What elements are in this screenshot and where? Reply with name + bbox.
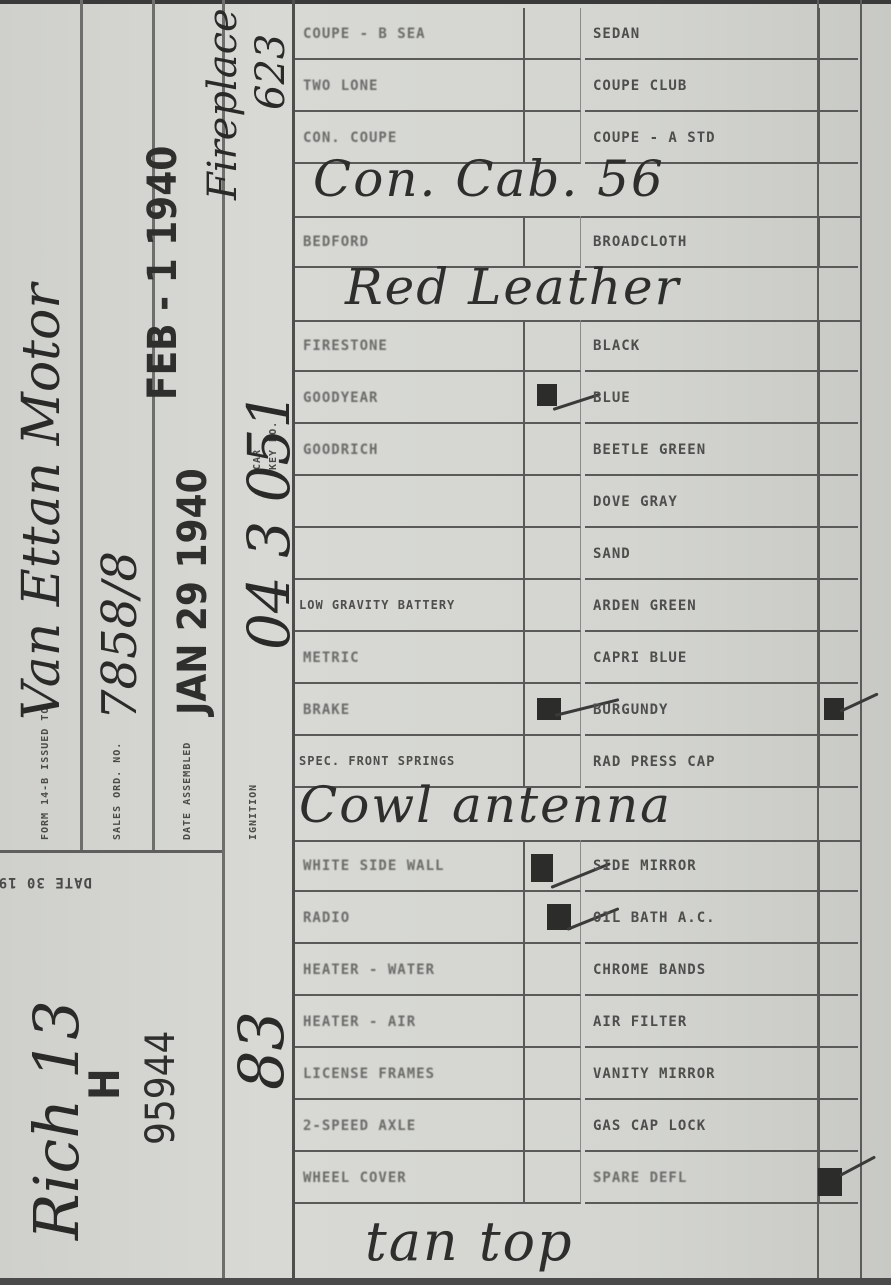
option-checkbox[interactable]	[525, 632, 581, 684]
option-label: COUPE - A STD	[593, 130, 716, 146]
option-label: VANITY MIRROR	[593, 1066, 716, 1082]
option-checkbox[interactable]	[820, 1100, 858, 1152]
option-row: TWO LONE COUPE CLUB	[295, 60, 860, 112]
check-mark-icon	[537, 384, 557, 406]
build-sheet-card: FORM 14-B ISSUED TO SALES ORD. NO. DATE …	[0, 0, 891, 1285]
option-label: AIR FILTER	[593, 1014, 687, 1030]
option-label: CHROME BANDS	[593, 962, 706, 978]
option-checkbox[interactable]	[525, 1048, 581, 1100]
option-checkbox[interactable]	[820, 944, 858, 996]
check-mark-icon	[818, 1168, 842, 1196]
option-checkbox[interactable]	[525, 1100, 581, 1152]
top-note-number: 623	[248, 34, 294, 110]
column-divider	[80, 0, 83, 850]
option-label: DOVE GRAY	[593, 494, 678, 510]
option-label: HEATER - AIR	[303, 1014, 416, 1030]
handwritten-row: Con. Cab. 56	[295, 164, 860, 218]
column-divider	[152, 0, 155, 850]
option-row: METRIC CAPRI BLUE	[295, 632, 860, 684]
grid-right-border	[860, 0, 862, 1278]
ignition-label: IGNITION	[248, 784, 259, 840]
option-checkbox[interactable]	[525, 60, 581, 112]
option-checkbox[interactable]	[820, 8, 858, 60]
option-label: COUPE - B SEA	[303, 26, 426, 42]
option-row: DOVE GRAY	[295, 476, 860, 528]
option-checkbox[interactable]	[525, 944, 581, 996]
option-label: LOW GRAVITY BATTERY	[299, 598, 455, 612]
option-row: 2-SPEED AXLE GAS CAP LOCK	[295, 1100, 860, 1152]
option-label: BRAKE	[303, 702, 350, 718]
option-label: BLACK	[593, 338, 640, 354]
option-row: COUPE - B SEA SEDAN	[295, 8, 860, 60]
option-label: BEETLE GREEN	[593, 442, 706, 458]
option-label: BROADCLOTH	[593, 234, 687, 250]
handwritten-row: Red Leather	[295, 268, 860, 322]
option-label: GOODRICH	[303, 442, 378, 458]
option-checkbox[interactable]	[525, 320, 581, 372]
option-checkbox[interactable]	[820, 632, 858, 684]
option-checkbox-checked[interactable]	[525, 892, 581, 944]
option-checkbox-checked[interactable]	[820, 1152, 858, 1204]
option-label: SEDAN	[593, 26, 640, 42]
serial-number-stamp: 95944	[138, 1031, 184, 1145]
option-row: GOODRICH BEETLE GREEN	[295, 424, 860, 476]
option-row: SAND	[295, 528, 860, 580]
option-row: HEATER - AIR AIR FILTER	[295, 996, 860, 1048]
option-checkbox[interactable]	[525, 996, 581, 1048]
option-row: BRAKE BURGUNDY	[295, 684, 860, 736]
handwritten-row: tan top	[295, 1204, 860, 1278]
bottom-edge	[0, 1278, 891, 1285]
option-label: RADIO	[303, 910, 350, 926]
date-assembled-label: DATE ASSEMBLED	[182, 742, 193, 840]
option-checkbox[interactable]	[525, 424, 581, 476]
shipped-date-stamp: FEB - 1 1940	[140, 146, 186, 400]
model-code-stamp: H	[80, 1068, 129, 1100]
option-label: GAS CAP LOCK	[593, 1118, 706, 1134]
option-checkbox[interactable]	[820, 996, 858, 1048]
option-checkbox[interactable]	[525, 476, 581, 528]
option-label: FIRESTONE	[303, 338, 388, 354]
key-number-value: 04 3 051	[235, 392, 303, 650]
handwritten-body-note: Con. Cab. 56	[313, 150, 665, 208]
option-row: FIRESTONE BLACK	[295, 320, 860, 372]
option-checkbox[interactable]	[820, 1048, 858, 1100]
option-row: WHITE SIDE WALL SIDE MIRROR	[295, 840, 860, 892]
option-checkbox[interactable]	[525, 1152, 581, 1204]
option-checkbox[interactable]	[525, 580, 581, 632]
handwritten-number: 83	[225, 1011, 298, 1090]
option-checkbox[interactable]	[820, 580, 858, 632]
option-checkbox[interactable]	[820, 216, 858, 268]
option-checkbox[interactable]	[820, 736, 858, 788]
option-checkbox[interactable]	[820, 424, 858, 476]
option-label: 2-SPEED AXLE	[303, 1118, 416, 1134]
option-checkbox[interactable]	[820, 528, 858, 580]
check-mark-icon	[531, 854, 553, 882]
option-label: CAPRI BLUE	[593, 650, 687, 666]
option-row: WHEEL COVER SPARE DEFL	[295, 1152, 860, 1204]
option-row: HEATER - WATER CHROME BANDS	[295, 944, 860, 996]
option-label: OIL BATH A.C.	[593, 910, 716, 926]
issued-to-value: Van Ettan Motor	[12, 284, 72, 720]
option-checkbox[interactable]	[820, 840, 858, 892]
option-checkbox[interactable]	[525, 8, 581, 60]
option-label: COUPE CLUB	[593, 78, 687, 94]
check-tick-icon	[839, 1155, 876, 1176]
option-checkbox[interactable]	[820, 476, 858, 528]
option-label: GOODYEAR	[303, 390, 378, 406]
option-label: SAND	[593, 546, 631, 562]
option-label: SPEC. FRONT SPRINGS	[299, 754, 455, 768]
option-checkbox-checked[interactable]	[525, 840, 581, 892]
option-row: RADIO OIL BATH A.C.	[295, 892, 860, 944]
option-label: SIDE MIRROR	[593, 858, 697, 874]
option-label: HEATER - WATER	[303, 962, 435, 978]
option-label: WHITE SIDE WALL	[303, 858, 444, 874]
option-checkbox[interactable]	[525, 528, 581, 580]
option-checkbox-checked[interactable]	[525, 684, 581, 736]
top-note-fireplace: Fireplace	[200, 8, 246, 200]
option-label: ARDEN GREEN	[593, 598, 697, 614]
option-label: TWO LONE	[303, 78, 378, 94]
option-checkbox-checked[interactable]	[820, 684, 858, 736]
option-checkbox[interactable]	[820, 112, 858, 164]
form-number: DATE 30 1976	[0, 874, 92, 890]
check-mark-icon	[547, 904, 571, 930]
option-label: BLUE	[593, 390, 631, 406]
option-label: LICENSE FRAMES	[303, 1066, 435, 1082]
option-row: LOW GRAVITY BATTERY ARDEN GREEN	[295, 580, 860, 632]
option-checkbox[interactable]	[820, 60, 858, 112]
option-label: CON. COUPE	[303, 130, 397, 146]
option-label: WHEEL COVER	[303, 1170, 407, 1186]
date-assembled-stamp: JAN 29 1940	[170, 468, 216, 715]
option-label: BURGUNDY	[593, 702, 668, 718]
handwritten-model: Rich 13	[20, 1000, 93, 1240]
handwritten-row: Cowl antenna	[295, 788, 860, 842]
handwritten-top-note: tan top	[365, 1210, 574, 1273]
option-label: RAD PRESS CAP	[593, 754, 716, 770]
check-mark-icon	[537, 698, 561, 720]
issued-to-label: FORM 14-B ISSUED TO	[40, 707, 51, 840]
sales-ord-value: 7858/8	[92, 551, 148, 720]
option-checkbox[interactable]	[820, 320, 858, 372]
handwritten-upholstery-note: Red Leather	[345, 258, 681, 316]
sales-ord-label: SALES ORD. NO.	[112, 742, 123, 840]
top-edge	[0, 0, 891, 4]
panel-divider	[0, 850, 222, 853]
option-checkbox[interactable]	[820, 372, 858, 424]
option-label: BEDFORD	[303, 234, 369, 250]
option-label: METRIC	[303, 650, 360, 666]
option-row: LICENSE FRAMES VANITY MIRROR	[295, 1048, 860, 1100]
option-checkbox[interactable]	[820, 892, 858, 944]
option-checkbox-checked[interactable]	[525, 372, 581, 424]
option-label: SPARE DEFL	[593, 1170, 687, 1186]
option-row: GOODYEAR BLUE	[295, 372, 860, 424]
handwritten-accessory-note: Cowl antenna	[299, 776, 672, 834]
check-tick-icon	[839, 692, 878, 712]
